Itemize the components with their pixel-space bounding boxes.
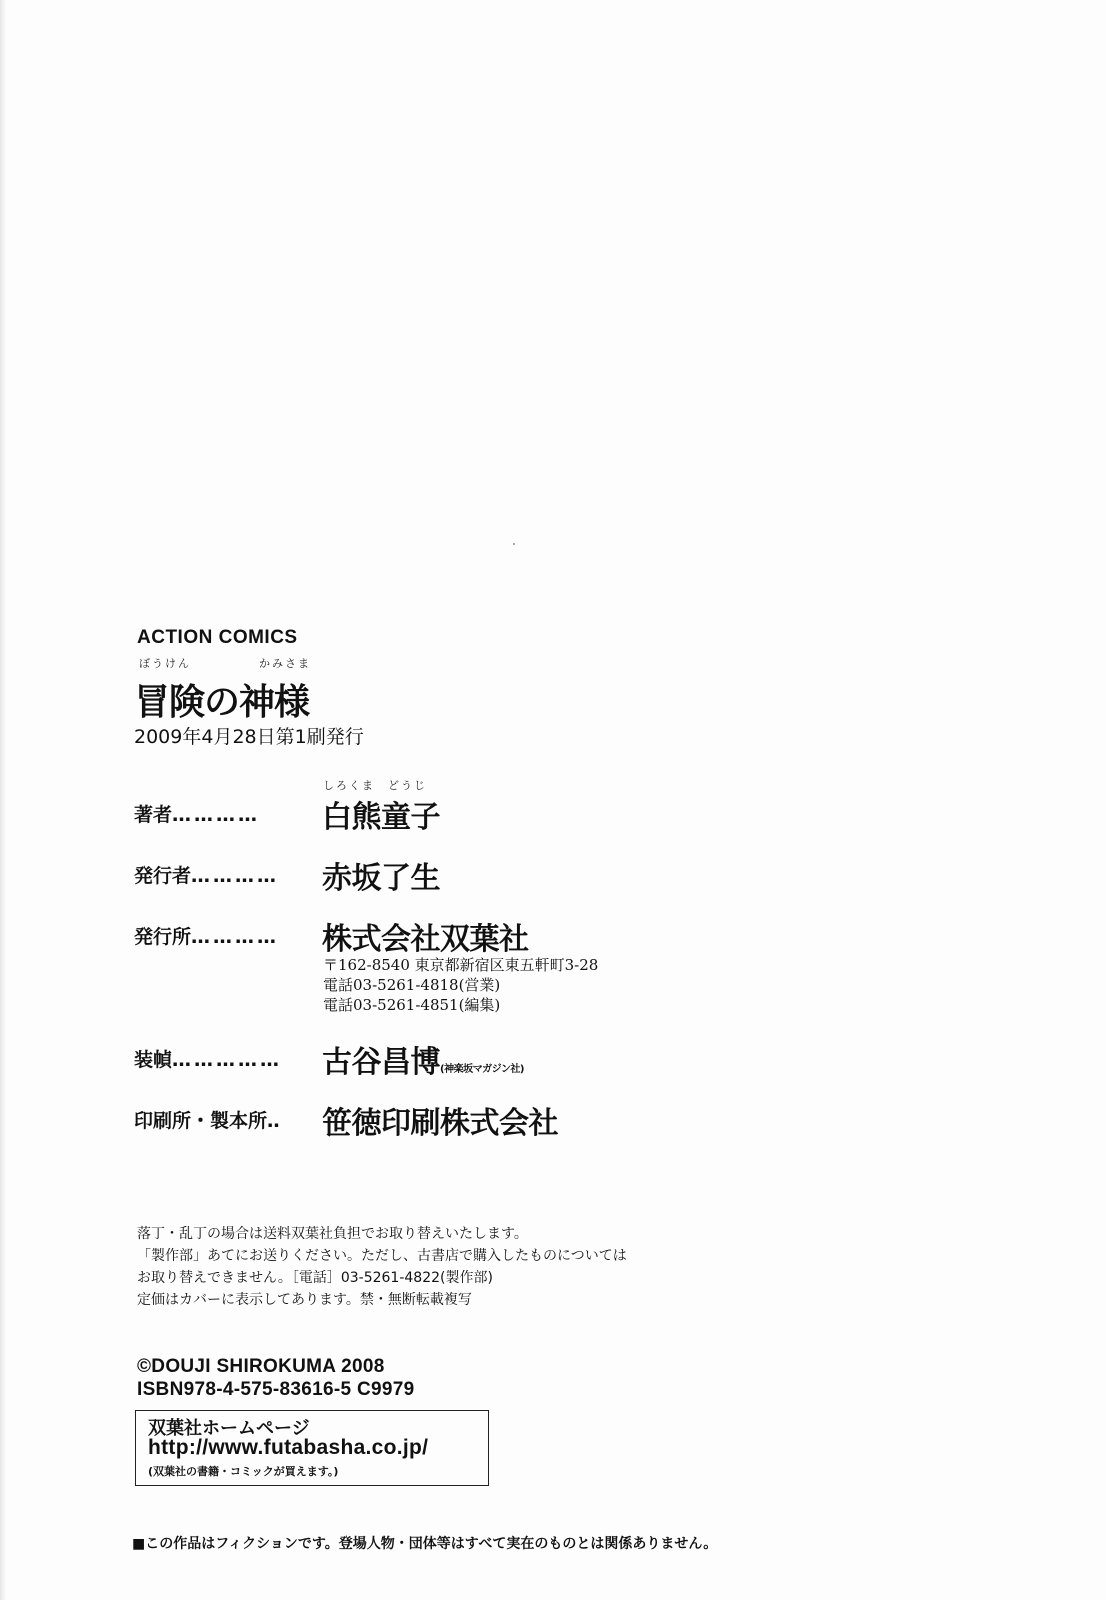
copyright-line: ©DOUJI SHIROKUMA 2008 — [137, 1355, 414, 1378]
homepage-box: 双葉社ホームページ http://www.futabasha.co.jp/ (双… — [135, 1410, 489, 1486]
book-title: 冒険の神様 — [134, 674, 309, 725]
credit-value-publisher: 赤坂了生 — [322, 853, 440, 897]
homepage-url[interactable]: http://www.futabasha.co.jp/ — [148, 1436, 428, 1460]
design-company-note: (神楽坂マガジン社) — [440, 1064, 524, 1075]
title-ruby-right: かみさま — [259, 655, 311, 671]
homepage-note: (双葉社の書籍・コミックが買えます。) — [148, 1463, 338, 1479]
credit-value-publishing-house: 株式会社双葉社 — [322, 914, 529, 958]
credit-value-author: 白熊童子 — [322, 792, 440, 836]
title-ruby-left: ぼうけん — [139, 655, 191, 671]
copyright-block: ©DOUJI SHIROKUMA 2008 ISBN978-4-575-8361… — [137, 1355, 414, 1401]
author-ruby: しろくま どうじ — [323, 777, 427, 793]
credit-label-publisher: 発行者………… — [134, 861, 279, 888]
credit-value-printer: 笹徳印刷株式会社 — [322, 1098, 558, 1142]
isbn-line: ISBN978-4-575-83616-5 C9979 — [137, 1378, 414, 1401]
fiction-disclaimer: ■この作品はフィクションです。登場人物・団体等はすべて実在のものとは関係ありませ… — [132, 1533, 717, 1553]
replacement-notice: 落丁・乱丁の場合は送料双葉社負担でお取り替えいたします。 「製作部」あてにお送り… — [137, 1223, 627, 1311]
publisher-address: 〒162-8540 東京都新宿区東五軒町3-28 電話03-5261-4818(… — [323, 955, 598, 1015]
issue-date: 2009年4月28日第1刷発行 — [134, 722, 364, 749]
page-edge-shadow — [0, 0, 6, 1600]
credit-value-design: 古谷昌博(神楽坂マガジン社) — [322, 1037, 524, 1081]
speck — [513, 543, 515, 545]
credit-label-author: 著者………… — [134, 800, 260, 827]
credit-label-publishing-house: 発行所………… — [134, 922, 279, 949]
credit-label-printer: 印刷所・製本所‥ — [134, 1106, 283, 1133]
credit-label-design: 装幀…………… — [134, 1045, 282, 1072]
series-label: ACTION COMICS — [137, 627, 298, 649]
